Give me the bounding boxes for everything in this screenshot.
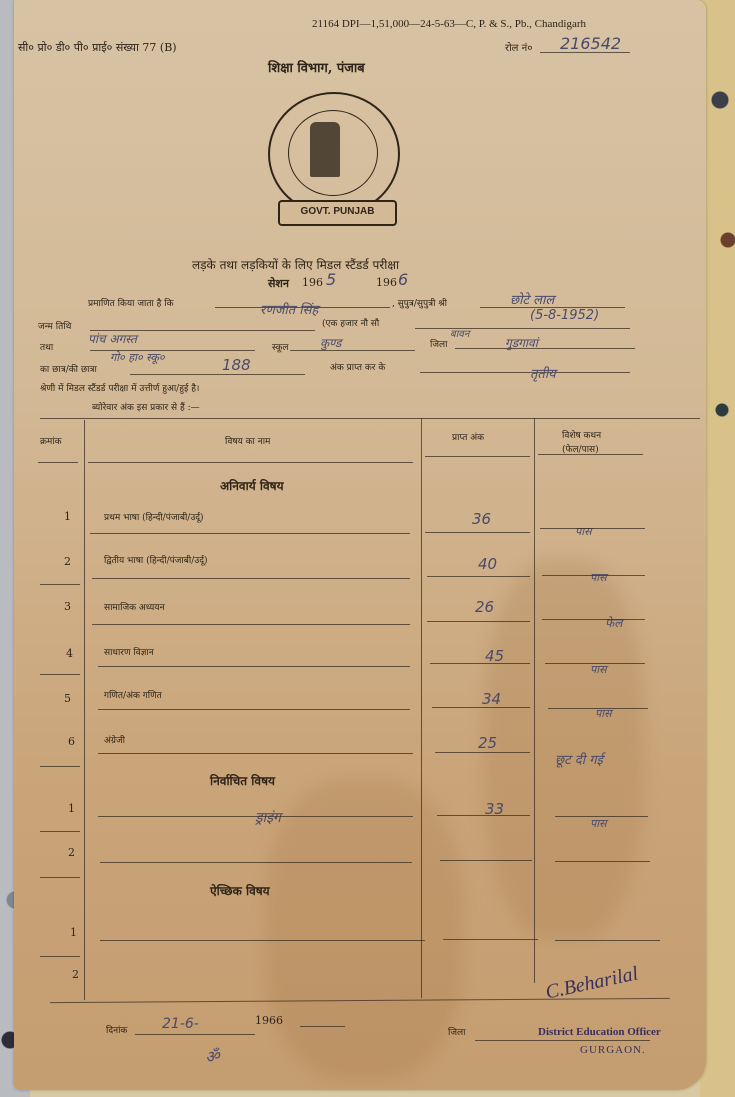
student-label: का छात्र/की छात्रा (40, 362, 97, 375)
year-underline (415, 328, 630, 329)
school-label: स्कूल (272, 340, 289, 353)
school-prefix: गो० हा० स्कू० (110, 350, 165, 365)
session-to-prefix: 196 (376, 276, 397, 289)
district-name: गुड़गावां (505, 334, 538, 351)
dob-label: जन्म तिथि (38, 319, 71, 332)
session-to-digit: 6 (398, 270, 408, 289)
lion-capital-icon (310, 122, 340, 177)
section-title-selected: निर्वाचित विषय (210, 772, 275, 789)
student-name: रणजीत सिंह (260, 300, 318, 318)
date-label: दिनांक (106, 1023, 127, 1036)
session-label: सेशन (268, 276, 289, 291)
clerk-initials: ॐ (203, 1044, 221, 1068)
marks-total: 188 (222, 356, 251, 374)
col-divider (84, 420, 85, 1000)
division-underline (420, 372, 630, 373)
date-year: 1966 (255, 1014, 283, 1027)
date-value: 21-6- (162, 1016, 199, 1032)
section-title-compulsory: अनिवार्य विषय (220, 477, 284, 494)
school-name: कुण्ड (320, 334, 341, 351)
print-info: 21164 DPI—1,51,000—24-5-63—C, P. & S., P… (312, 18, 586, 30)
emblem-ribbon: GOVT. PUNJAB (278, 200, 397, 226)
father-name: छोटे लाल (510, 290, 554, 308)
department-title: शिक्षा विभाग, पंजाब (268, 58, 365, 76)
thousand-label: (एक हजार नौ सौ (322, 316, 379, 329)
session-from-digit: 5 (326, 270, 336, 289)
govt-punjab-emblem (268, 92, 400, 216)
certify-label: प्रमाणित किया जाता है कि (88, 296, 174, 309)
tatha-label: तथा (40, 340, 53, 353)
session-from-prefix: 196 (302, 276, 323, 289)
district-label: जिला (430, 337, 447, 350)
table-top-border (40, 418, 700, 419)
roll-number: 216542 (560, 34, 621, 53)
col-divider (421, 418, 422, 998)
school-underline (290, 350, 415, 351)
roll-underline (540, 52, 630, 53)
header-subject: विषय का नाम (225, 434, 270, 447)
marks-underline (130, 374, 305, 375)
section-title-optional: ऐच्छिक विषय (210, 882, 270, 899)
year-words: बावन (450, 326, 469, 340)
header-remarks: विशेष कथन (562, 428, 601, 441)
dob-words: पांच अगस्त (88, 330, 137, 347)
dob-numeric: (5-8-1952) (530, 308, 599, 323)
details-line: ब्योरेवार अंक इस प्रकार से हैं :— (92, 400, 200, 413)
officer-title: District Education Officer (538, 1026, 661, 1038)
relation-label: , सुपुत्र/सुपुत्री श्री (392, 296, 447, 309)
marks-label: अंक प्राप्त कर के (330, 360, 385, 373)
water-stain (264, 780, 464, 1080)
roll-label: रोल नं० (505, 40, 532, 54)
division: तृतीय (530, 364, 556, 382)
exam-title: लड़के तथा लड़कियों के लिए मिडल स्टैंडर्ड… (192, 256, 399, 273)
form-number: सी० प्रो० डी० पी० प्राई० संख्या 77 (B) (18, 40, 177, 55)
col-divider (534, 418, 535, 983)
officer-place: GURGAON. (580, 1044, 646, 1056)
header-marks: प्राप्त अंक (452, 430, 484, 443)
district-footer-label: जिला (448, 1025, 465, 1038)
passed-line: श्रेणी में मिडल स्टैंडर्ड परीक्षा में उत… (40, 381, 199, 394)
district-underline (455, 348, 635, 349)
header-serial: क्रमांक (40, 434, 62, 447)
